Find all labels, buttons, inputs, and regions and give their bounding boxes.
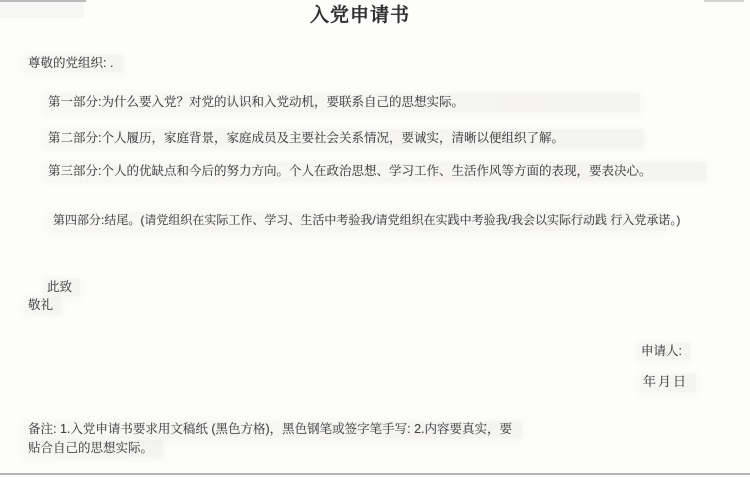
- date-label: 年月日: [640, 374, 696, 392]
- paragraph-part-2: 第二部分:个人履历，家庭背景，家庭成员及主要社会关系情况，要诚实，清晰以便组织了…: [44, 129, 644, 148]
- salutation-line: 尊敬的党组织: .: [25, 55, 123, 72]
- closing-salute: 敬礼: [25, 297, 61, 314]
- bottom-edge-rule: [0, 473, 750, 475]
- document-title: 入党申请书: [0, 5, 720, 27]
- party-application-document: 入党申请书 尊敬的党组织: . 第一部分:为什么要入党？对党的认识和入党动机，要…: [0, 0, 750, 478]
- paragraph-part-1: 第一部分:为什么要入党？对党的认识和入党动机，要联系自己的思想实际。: [44, 93, 640, 112]
- notes-line-1: 备注: 1.入党申请书要求用文稿纸 (黑色方格)，黑色钢笔或签字笔手写: 2.内…: [25, 421, 522, 438]
- paragraph-part-4: 第四部分:结尾。(请党组织在实际工作、学习、生活中考验我/请党组织在实践中考验我…: [49, 212, 667, 231]
- notes-line-2: 贴合自己的思想实际。: [25, 440, 163, 457]
- applicant-label: 申请人:: [638, 343, 690, 360]
- paragraph-part-3: 第三部分:个人的优缺点和今后的努力方向。个人在政治思想、学习工作、生活作风等方面…: [44, 162, 706, 181]
- closing-respectfully: 此致: [44, 279, 80, 296]
- scan-edge-artifact-right: [704, 0, 744, 2]
